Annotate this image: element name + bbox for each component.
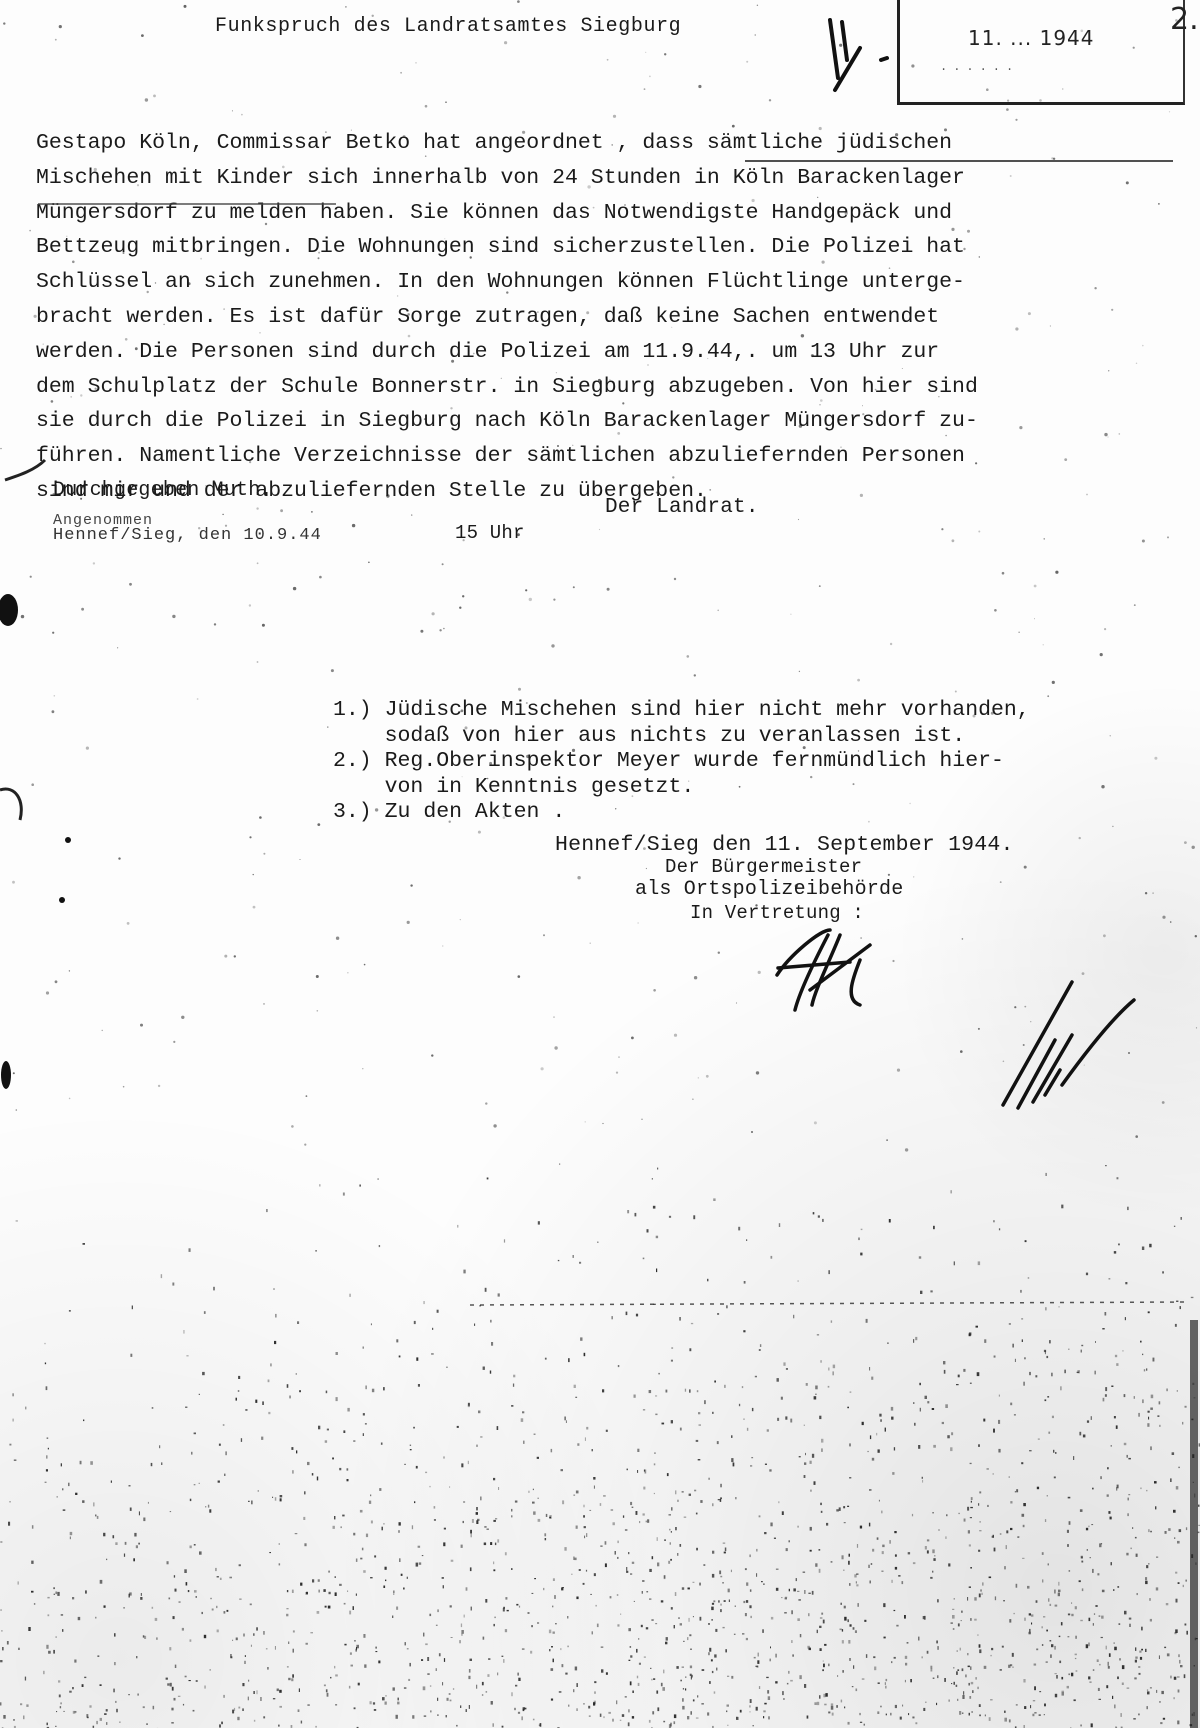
scan-noise	[0, 0, 1200, 1728]
initials-signature-icon	[777, 930, 870, 1010]
signature-icon	[1003, 982, 1134, 1108]
scan-artifact-icon	[0, 460, 45, 820]
handwritten-check-icon	[830, 20, 887, 90]
handwritten-marks	[0, 0, 1200, 1728]
scan-artifact-icon	[470, 1302, 1190, 1305]
page-edge-shadow	[1190, 1320, 1198, 1728]
scan-artifact-icon	[0, 594, 71, 1089]
scanned-page: Funkspruch des Landratsamtes Siegburg 11…	[0, 0, 1200, 1728]
